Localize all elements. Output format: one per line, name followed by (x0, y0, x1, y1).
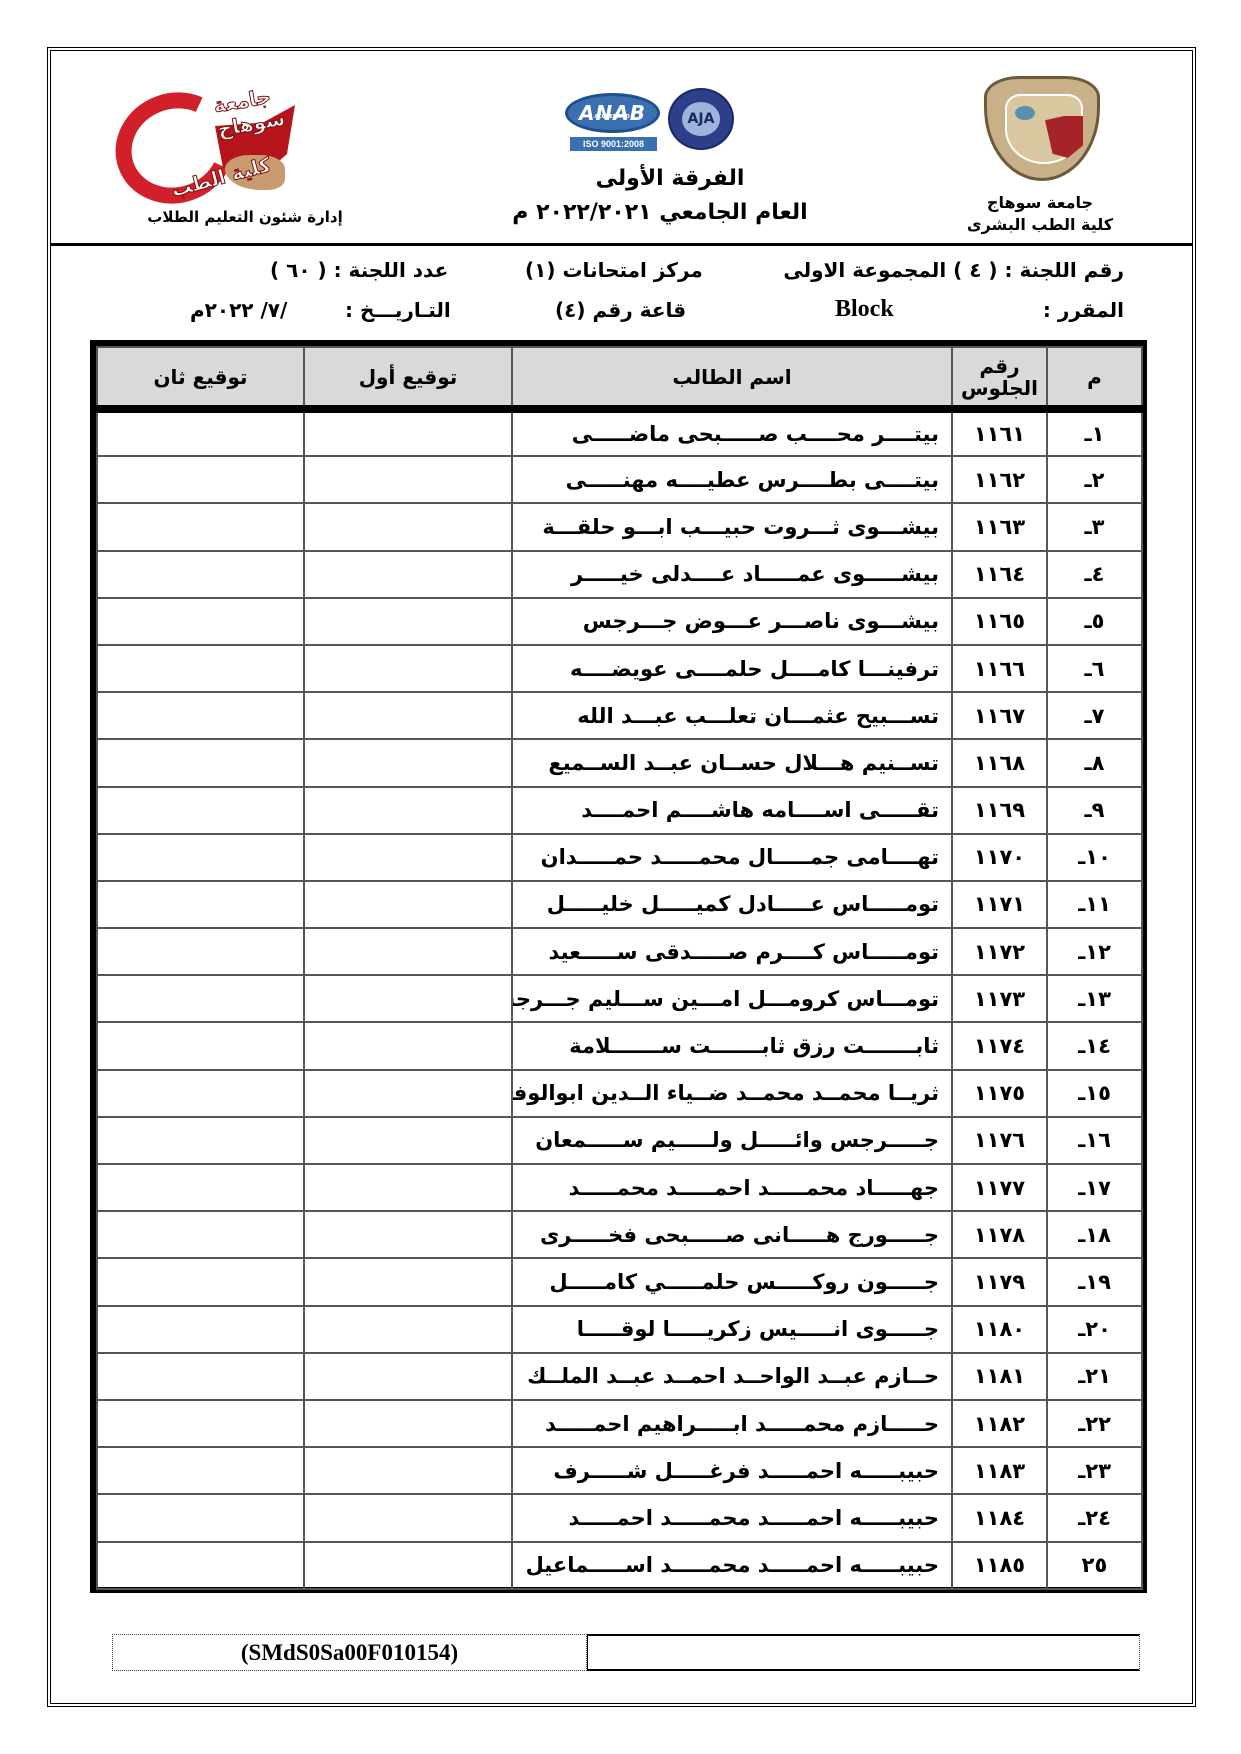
seat-number: ١١٦٣ (952, 503, 1047, 550)
row-index: ٢٤ـ (1047, 1494, 1142, 1541)
second-signature-cell[interactable] (97, 1211, 304, 1258)
student-roster-table: م رقم الجلوس اسم الطالب توقيع أول توقيع … (90, 343, 1147, 1593)
first-signature-cell[interactable] (304, 1542, 512, 1589)
seat-number: ١١٦٧ (952, 692, 1047, 739)
first-signature-cell[interactable] (304, 1022, 512, 1069)
logo-top-text: جامعة سوهاج (212, 77, 319, 142)
seat-number: ١١٨٠ (952, 1306, 1047, 1353)
column-header-second-signature: توقيع ثان (97, 347, 304, 409)
second-signature-cell[interactable] (97, 1117, 304, 1164)
student-name: تومـــــاس عـــــادل كميـــــل خليـــــل (512, 881, 952, 928)
row-index: ٢٥ (1047, 1542, 1142, 1589)
sohag-university-logo (980, 72, 1105, 187)
student-name: جـــــوى انـــــيس زكريـــــا لوقـــــا (512, 1306, 952, 1353)
row-index: ٢٢ـ (1047, 1400, 1142, 1447)
second-signature-cell[interactable] (97, 645, 304, 692)
emblem-icon (1015, 106, 1035, 120)
course-value: Block (835, 296, 894, 323)
row-index: ٥ـ (1047, 598, 1142, 645)
student-name: بيشـــوى ثـــروت حبيـــب ابـــو حلقـــة (512, 503, 952, 550)
anab-text: ANAB (579, 101, 646, 125)
student-name: بيتــــى بطــــرس عطيــــه مهنـــــى (512, 456, 952, 503)
seat-number: ١١٦١ (952, 409, 1047, 456)
second-signature-cell[interactable] (97, 928, 304, 975)
date-label: التـاريـــخ : (345, 298, 451, 322)
first-signature-cell[interactable] (304, 1400, 512, 1447)
second-signature-cell[interactable] (97, 692, 304, 739)
table-row: ١٥ـ١١٧٥ثريــا محمــد محمــد ضــياء الــد… (97, 1070, 1142, 1117)
seat-number: ١١٧٤ (952, 1022, 1047, 1069)
first-signature-cell[interactable] (304, 1353, 512, 1400)
row-index: ٧ـ (1047, 692, 1142, 739)
table-row: ١٩ـ١١٧٩جـــــون روكـــــس حلمـــــي كامـ… (97, 1258, 1142, 1305)
seat-number: ١١٨٣ (952, 1447, 1047, 1494)
first-signature-cell[interactable] (304, 739, 512, 786)
row-index: ٢١ـ (1047, 1353, 1142, 1400)
student-name: حـــــازم محمـــــد ابـــــراهيم احمــــ… (512, 1400, 952, 1447)
row-index: ١٩ـ (1047, 1258, 1142, 1305)
second-signature-cell[interactable] (97, 1542, 304, 1589)
table-row: ٢١ـ١١٨١حــازم عبــد الواحــد احمــد عبــ… (97, 1353, 1142, 1400)
second-signature-cell[interactable] (97, 975, 304, 1022)
row-index: ١٤ـ (1047, 1022, 1142, 1069)
table-row: ١٣ـ١١٧٣تومـــاس كرومـــل امـــين ســـليم… (97, 975, 1142, 1022)
row-index: ٤ـ (1047, 551, 1142, 598)
first-signature-cell[interactable] (304, 834, 512, 881)
first-signature-cell[interactable] (304, 1211, 512, 1258)
course-label: المقرر : (1043, 298, 1124, 322)
table-row: ٢٠ـ١١٨٠جـــــوى انـــــيس زكريـــــا لوق… (97, 1306, 1142, 1353)
student-name: تومـــــاس كــــرم صـــــدقى ســـــعيد (512, 928, 952, 975)
accreditation-logos: ANAB ACCREDITED ISO 9001:2008 AJA (565, 88, 760, 153)
anab-subtext: ACCREDITED (587, 114, 637, 120)
table-row: ٢ـ١١٦٢بيتــــى بطــــرس عطيــــه مهنــــ… (97, 456, 1142, 503)
first-signature-cell[interactable] (304, 456, 512, 503)
seat-number: ١١٦٥ (952, 598, 1047, 645)
second-signature-cell[interactable] (97, 456, 304, 503)
roster-body: ١ـ١١٦١بيتــــر محــــب صـــــبحى ماضــــ… (97, 409, 1142, 1589)
table-row: ٢٢ـ١١٨٢حـــــازم محمـــــد ابـــــراهيم … (97, 1400, 1142, 1447)
table-row: ٢٤ـ١١٨٤حبيبـــــه احمـــــد محمـــــد اح… (97, 1494, 1142, 1541)
column-header-seat-number: رقم الجلوس (952, 347, 1047, 409)
committee-count: عدد اللجنة : ( ٦٠ ) (270, 258, 448, 282)
student-name: تقـــــى اســــامه هاشــــم احمــــد (512, 787, 952, 834)
row-index: ١٨ـ (1047, 1211, 1142, 1258)
university-title: جامعة سوهاج كلية الطب البشرى (955, 192, 1125, 236)
seat-number: ١١٧٦ (952, 1117, 1047, 1164)
seat-number: ١١٧٢ (952, 928, 1047, 975)
first-signature-cell[interactable] (304, 1117, 512, 1164)
seat-number: ١١٧٧ (952, 1164, 1047, 1211)
seat-number: ١١٨١ (952, 1353, 1047, 1400)
row-index: ١١ـ (1047, 881, 1142, 928)
second-signature-cell[interactable] (97, 598, 304, 645)
first-signature-cell[interactable] (304, 1306, 512, 1353)
column-header-first-signature: توقيع أول (304, 347, 512, 409)
pharaoh-crown-icon (1045, 116, 1083, 158)
aja-globe-icon: AJA (682, 102, 720, 136)
seat-number: ١١٧٨ (952, 1211, 1047, 1258)
seat-number: ١١٧١ (952, 881, 1047, 928)
table-row: ١٨ـ١١٧٨جـــــورج هـــــانى صـــــبحى فخـ… (97, 1211, 1142, 1258)
row-index: ٨ـ (1047, 739, 1142, 786)
table-header-row: م رقم الجلوس اسم الطالب توقيع أول توقيع … (97, 347, 1142, 409)
student-name: ثريــا محمــد محمــد ضــياء الــدين ابوا… (512, 1070, 952, 1117)
second-signature-cell[interactable] (97, 503, 304, 550)
student-name: حبيبـــــه احمـــــد محمـــــد اســـــما… (512, 1542, 952, 1589)
first-signature-cell[interactable] (304, 551, 512, 598)
first-signature-cell[interactable] (304, 881, 512, 928)
seat-number: ١١٧٥ (952, 1070, 1047, 1117)
table-row: ٢٣ـ١١٨٣حبيبـــــه احمـــــد فرغـــــل شـ… (97, 1447, 1142, 1494)
table-row: ١١ـ١١٧١تومـــــاس عـــــادل كميـــــل خل… (97, 881, 1142, 928)
first-signature-cell[interactable] (304, 1447, 512, 1494)
aja-logo: AJA (668, 88, 734, 150)
faculty-name: كلية الطب البشرى (955, 214, 1125, 236)
second-signature-cell[interactable] (97, 1164, 304, 1211)
student-name: تهــــامى جمـــــال محمـــــد حمـــــدان (512, 834, 952, 881)
table-row: ٤ـ١١٦٤بيشـــــوى عمـــــاد عــــدلى خيــ… (97, 551, 1142, 598)
table-row: ١٠ـ١١٧٠تهــــامى جمـــــال محمـــــد حمـ… (97, 834, 1142, 881)
second-signature-cell[interactable] (97, 1494, 304, 1541)
table-row: ١٦ـ١١٧٦جـــــرجس وائـــــل ولـــــيم ســ… (97, 1117, 1142, 1164)
table-row: ٦ـ١١٦٦ترفينـــا كامــــل حلمــــى عويضــ… (97, 645, 1142, 692)
row-index: ١٠ـ (1047, 834, 1142, 881)
document-code: (SMdS0Sa00F010154) (112, 1634, 587, 1671)
seat-number: ١١٧٣ (952, 975, 1047, 1022)
seat-number: ١١٨٤ (952, 1494, 1047, 1541)
seat-number: ١١٧٠ (952, 834, 1047, 881)
first-signature-cell[interactable] (304, 1070, 512, 1117)
blank-footer-box (587, 1634, 1140, 1671)
student-name: تومـــاس كرومـــل امـــين ســـليم جـــرج… (512, 975, 952, 1022)
student-name: بيشـــوى ناصـــر عـــوض جـــرجس (512, 598, 952, 645)
table-row: ٢٥١١٨٥حبيبـــــه احمـــــد محمـــــد اسـ… (97, 1542, 1142, 1589)
row-index: ٢٣ـ (1047, 1447, 1142, 1494)
first-signature-cell[interactable] (304, 1258, 512, 1305)
row-index: ١ـ (1047, 409, 1142, 456)
second-signature-cell[interactable] (97, 787, 304, 834)
anab-logo: ANAB (565, 93, 660, 133)
seat-number: ١١٨٢ (952, 1400, 1047, 1447)
first-signature-cell[interactable] (304, 409, 512, 456)
second-signature-cell[interactable] (97, 881, 304, 928)
row-index: ٢ـ (1047, 456, 1142, 503)
first-signature-cell[interactable] (304, 598, 512, 645)
table-row: ٩ـ١١٦٩تقـــــى اســــامه هاشــــم احمـــ… (97, 787, 1142, 834)
first-signature-cell[interactable] (304, 928, 512, 975)
table-row: ٧ـ١١٦٧تســـبيح عثمـــان تعلـــب عبـــد ا… (97, 692, 1142, 739)
second-signature-cell[interactable] (97, 1447, 304, 1494)
student-name: جـــــورج هـــــانى صـــــبحى فخـــــرى (512, 1211, 952, 1258)
student-name: ترفينـــا كامــــل حلمــــى عويضــــه (512, 645, 952, 692)
table-row: ١ـ١١٦١بيتــــر محــــب صـــــبحى ماضــــ… (97, 409, 1142, 456)
department-title: إدارة شئون التعليم الطلاب (140, 208, 350, 226)
second-signature-cell[interactable] (97, 1022, 304, 1069)
row-index: ٣ـ (1047, 503, 1142, 550)
academic-year: العام الجامعي ٢٠٢٢/٢٠٢١ م (470, 200, 850, 225)
faculty-of-medicine-logo: جامعة سوهاج كلية الطب (115, 85, 315, 200)
second-signature-cell[interactable] (97, 1400, 304, 1447)
student-name: بيشـــــوى عمـــــاد عــــدلى خيـــــر (512, 551, 952, 598)
row-index: ١٦ـ (1047, 1117, 1142, 1164)
second-signature-cell[interactable] (97, 739, 304, 786)
table-row: ١٤ـ١١٧٤ثابـــــــت رزق ثابـــــــت ســــ… (97, 1022, 1142, 1069)
first-signature-cell[interactable] (304, 1494, 512, 1541)
student-name: جـــــرجس وائـــــل ولـــــيم ســـــمعان (512, 1117, 952, 1164)
table-row: ١٢ـ١١٧٢تومـــــاس كــــرم صـــــدقى ســـ… (97, 928, 1142, 975)
seat-number: ١١٦٤ (952, 551, 1047, 598)
row-index: ٩ـ (1047, 787, 1142, 834)
second-signature-cell[interactable] (97, 551, 304, 598)
header-divider (50, 243, 1193, 246)
shield-icon (984, 76, 1100, 181)
row-index: ١٧ـ (1047, 1164, 1142, 1211)
student-name: بيتــــر محــــب صـــــبحى ماضـــــى (512, 409, 952, 456)
student-name: جـــــون روكـــــس حلمـــــي كامـــــل (512, 1258, 952, 1305)
seat-number: ١١٨٥ (952, 1542, 1047, 1589)
second-signature-cell[interactable] (97, 1070, 304, 1117)
university-name: جامعة سوهاج (955, 192, 1125, 214)
student-name: تســنيم هـــلال حســان عبــد الســميع (512, 739, 952, 786)
second-signature-cell[interactable] (97, 1306, 304, 1353)
first-signature-cell[interactable] (304, 787, 512, 834)
column-header-student-name: اسم الطالب (512, 347, 952, 409)
first-signature-cell[interactable] (304, 503, 512, 550)
row-index: ٦ـ (1047, 645, 1142, 692)
table-row: ٨ـ١١٦٨تســنيم هـــلال حســان عبــد الســ… (97, 739, 1142, 786)
first-signature-cell[interactable] (304, 645, 512, 692)
iso-label: ISO 9001:2008 (570, 137, 657, 151)
row-index: ١٥ـ (1047, 1070, 1142, 1117)
seat-number: ١١٧٩ (952, 1258, 1047, 1305)
seat-number: ١١٦٩ (952, 787, 1047, 834)
student-name: ثابـــــــت رزق ثابـــــــت ســـــــلامة (512, 1022, 952, 1069)
seat-number: ١١٦٦ (952, 645, 1047, 692)
row-index: ١٢ـ (1047, 928, 1142, 975)
seat-number: ١١٦٢ (952, 456, 1047, 503)
first-signature-cell[interactable] (304, 975, 512, 1022)
table-row: ٥ـ١١٦٥بيشـــوى ناصـــر عـــوض جـــرجس (97, 598, 1142, 645)
second-signature-cell[interactable] (97, 409, 304, 456)
seat-number: ١١٦٨ (952, 739, 1047, 786)
student-name: تســـبيح عثمـــان تعلـــب عبـــد الله (512, 692, 952, 739)
first-signature-cell[interactable] (304, 692, 512, 739)
row-index: ١٣ـ (1047, 975, 1142, 1022)
hall-number: قاعة رقم (٤) (555, 298, 686, 322)
student-name: جهـــــاد محمـــــد احمـــــد محمـــــد (512, 1164, 952, 1211)
committee-number: رقم اللجنة : ( ٤ ) المجموعة الاولى (783, 258, 1124, 282)
grade-title: الفرقة الأولى (480, 166, 860, 191)
first-signature-cell[interactable] (304, 1164, 512, 1211)
table-row: ١٧ـ١١٧٧جهـــــاد محمـــــد احمـــــد محم… (97, 1164, 1142, 1211)
second-signature-cell[interactable] (97, 834, 304, 881)
column-header-index: م (1047, 347, 1142, 409)
date-value: /٧/ ٢٠٢٢م (190, 298, 287, 322)
table-row: ٣ـ١١٦٣بيشـــوى ثـــروت حبيـــب ابـــو حل… (97, 503, 1142, 550)
exam-center: مركز امتحانات (١) (525, 258, 703, 282)
roster-table: م رقم الجلوس اسم الطالب توقيع أول توقيع … (96, 346, 1143, 1590)
student-name: حــازم عبــد الواحــد احمــد عبــد الملـ… (512, 1353, 952, 1400)
student-name: حبيبـــــه احمـــــد فرغـــــل شـــــرف (512, 1447, 952, 1494)
row-index: ٢٠ـ (1047, 1306, 1142, 1353)
second-signature-cell[interactable] (97, 1353, 304, 1400)
second-signature-cell[interactable] (97, 1258, 304, 1305)
student-name: حبيبـــــه احمـــــد محمـــــد احمـــــد (512, 1494, 952, 1541)
shield-inner (1005, 94, 1083, 164)
